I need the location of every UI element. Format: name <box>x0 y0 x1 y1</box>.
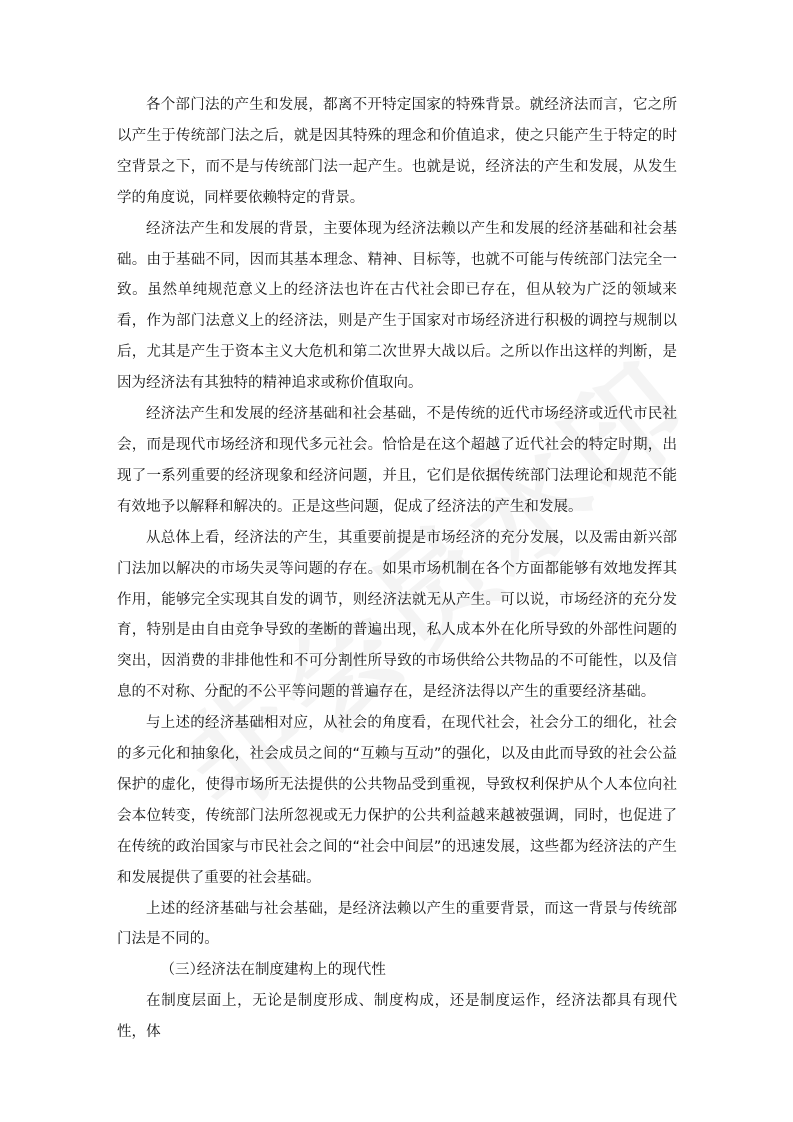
section-title: 经济法在制度建构上的现代性 <box>197 962 386 978</box>
paragraph-6: 上述的经济基础与社会基础，是经济法赖以产生的重要背景，而这一背景与传统部门法是不… <box>117 894 677 956</box>
paragraph-final: 在制度层面上，无论是制度形成、制度构成，还是制度运作，经济法都具有现代性，体 <box>117 986 677 1048</box>
section-number: （三） <box>139 955 197 986</box>
paragraph-4: 从总体上看，经济法的产生，其重要前提是市场经济的充分发展，以及需由新兴部门法加以… <box>117 523 677 708</box>
document-body: 各个部门法的产生和发展，都离不开特定国家的特殊背景。就经济法而言，它之所以产生于… <box>117 90 677 1048</box>
document-page: 各个部门法的产生和发展，都离不开特定国家的特殊背景。就经济法而言，它之所以产生于… <box>0 0 793 1122</box>
section-heading: （三）经济法在制度建构上的现代性 <box>117 955 677 986</box>
paragraph-2: 经济法产生和发展的背景，主要体现为经济法赖以产生和发展的经济基础和社会基础。由于… <box>117 214 677 399</box>
paragraph-5: 与上述的经济基础相对应，从社会的角度看，在现代社会，社会分工的细化，社会的多元化… <box>117 708 677 893</box>
paragraph-1: 各个部门法的产生和发展，都离不开特定国家的特殊背景。就经济法而言，它之所以产生于… <box>117 90 677 214</box>
paragraph-3: 经济法产生和发展的经济基础和社会基础，不是传统的近代市场经济或近代市民社会，而是… <box>117 399 677 523</box>
